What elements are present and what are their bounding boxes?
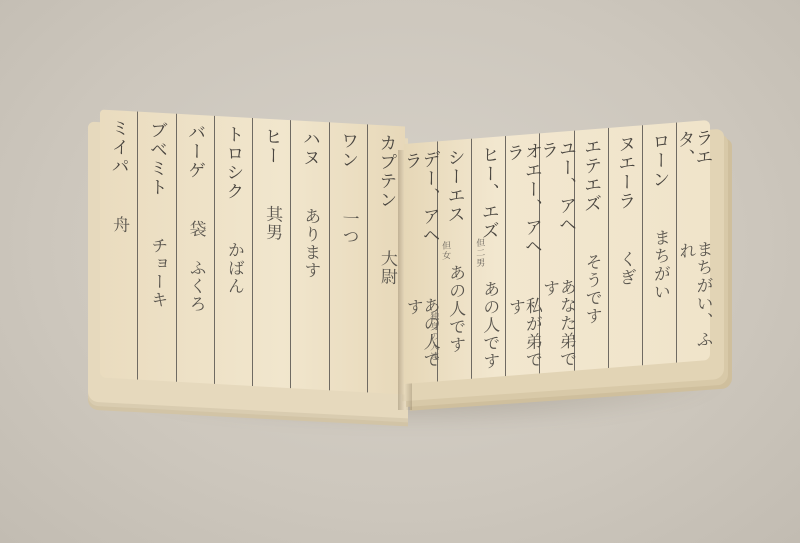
entry-word: バーゲ	[186, 122, 204, 180]
entry-word: ローン	[650, 131, 668, 189]
entry-meaning: あの人です	[480, 280, 497, 371]
entry-meaning: かばん	[225, 240, 242, 295]
entry-word: ブベミト	[148, 120, 166, 197]
entry-word: ミイパ	[110, 118, 128, 176]
entry-column: ローン まちがい	[642, 123, 676, 366]
entry-word: カプテン	[377, 133, 395, 210]
entry-column: デー、アヘラ あの人です 独身の人達	[404, 141, 437, 384]
entry-word: ヒー、エズ	[480, 145, 498, 241]
notebook-left-page: カプテン 大尉 ワン 一つ ハヌ あります ヒー 其男 トロシク かばん バーゲ…	[100, 109, 405, 394]
entry-column: ヒー、エズ あの人です 但二男	[471, 136, 505, 379]
entry-word: デー、アヘラ	[403, 149, 439, 259]
entry-note: 独身の人達	[428, 311, 437, 362]
entry-column: バーゲ 袋 ふくろ	[176, 114, 214, 384]
entry-word: エテエズ	[582, 137, 600, 214]
entry-column: ミイパ 舟	[100, 109, 137, 379]
entry-column: ブベミト チョーキ	[137, 112, 175, 382]
entry-meaning: チョーキ	[148, 236, 165, 309]
entry-column: エテエズ そうです	[574, 128, 608, 371]
entry-meaning: 其男	[263, 205, 280, 242]
entry-meaning: くぎ	[617, 250, 634, 287]
entry-word: ワン	[339, 131, 357, 170]
entry-meaning: 私が弟です	[506, 296, 540, 376]
entry-column: ハヌ あります	[290, 120, 328, 390]
entry-word: ラエタ、	[675, 128, 711, 203]
entry-meaning: まちがい、ふれ	[676, 240, 710, 362]
entry-word: ヒー	[263, 127, 281, 166]
photo-scene: カプテン 大尉 ワン 一つ ハヌ あります ヒー 其男 トロシク かばん バーゲ…	[0, 0, 800, 543]
entry-meaning: 大尉	[378, 249, 395, 286]
entry-column: ヒー 其男	[252, 118, 290, 388]
entry-column: ヌエーラ くぎ	[608, 125, 642, 368]
entry-note: 但二男	[474, 238, 483, 269]
entry-word: オエー、アヘラ	[505, 141, 541, 258]
entry-meaning: あります	[301, 207, 318, 280]
entry-word: ハヌ	[301, 129, 319, 168]
entry-column: オエー、アヘラ 私が弟です	[505, 133, 539, 376]
entry-column: ユー、アヘラ あなた弟です	[539, 131, 573, 374]
entry-word: トロシク	[224, 124, 242, 201]
entry-column: トロシク かばん	[214, 116, 252, 386]
entry-meaning: あなた弟です	[540, 277, 574, 373]
entry-column: ワン 一つ	[329, 122, 367, 392]
entry-meaning: あの人です	[446, 263, 463, 354]
entry-word: ヌエーラ	[616, 134, 634, 211]
entry-column: ラエタ、 まちがい、ふれ	[676, 120, 710, 363]
entry-meaning: まちがい	[651, 228, 668, 301]
entry-note: 但女	[440, 240, 449, 261]
notebook-right-page: ラエタ、 まちがい、ふれ ローン まちがい ヌエーラ くぎ エテエズ そうです …	[404, 120, 710, 384]
entry-word: ユー、アヘラ	[539, 139, 575, 240]
entry-column: シーエス あの人です 但女	[437, 139, 471, 382]
entry-meaning: そうです	[583, 253, 600, 326]
entry-meaning: 一つ	[340, 209, 357, 246]
entry-meaning: 舟	[110, 215, 127, 234]
entry-meaning: 袋 ふくろ	[187, 219, 204, 313]
entry-word: シーエス	[446, 147, 464, 224]
